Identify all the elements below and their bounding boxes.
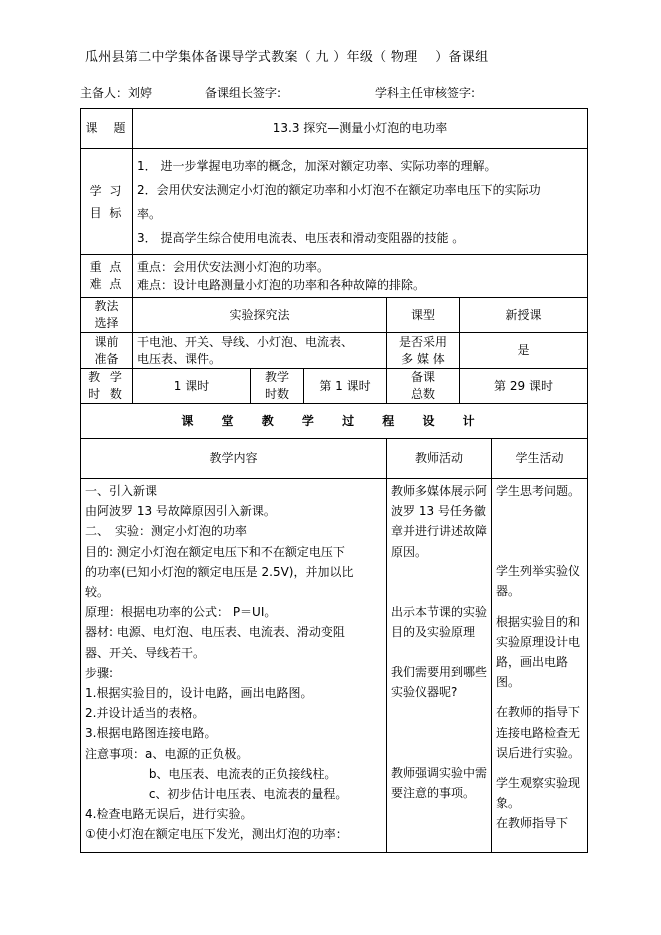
preparer-label: 主备人：刘婷 bbox=[80, 84, 152, 101]
content-line: 较。 bbox=[85, 582, 382, 602]
content-line: b、电压表、电流表的正负接线柱。 bbox=[85, 764, 382, 784]
process-section-title: 课 堂 教 学 过 程 设 计 bbox=[81, 404, 588, 439]
total-label-line-2: 总数 bbox=[391, 386, 455, 403]
student-activity-item: 学生列举实验仪器。 bbox=[496, 561, 583, 601]
content-line: 二、 实验：测定小灯泡的功率 bbox=[85, 521, 382, 541]
topic-label: 课 题 bbox=[81, 109, 133, 149]
prep-label-line-1: 课前 bbox=[85, 334, 128, 351]
document-title: 瓜州县第二中学集体备课导学式教案（ 九 ）年级（ 物理 ）备课组 bbox=[85, 46, 488, 65]
student-activity-item: 在教师的指导下连接电路检查无误后进行实验。 bbox=[496, 702, 583, 763]
content-line: 器材: 电源、电灯泡、电压表、电流表、滑动变阻 bbox=[85, 622, 382, 642]
multimedia-label-line-1: 是否采用 bbox=[391, 334, 455, 351]
total-label: 备课 总数 bbox=[387, 369, 460, 404]
content-line: 2.并设计适当的表格。 bbox=[85, 703, 382, 723]
goals-label-line-1: 学 习 bbox=[85, 180, 128, 202]
method-row: 教法 选择 实验探究法 课型 新授课 bbox=[81, 298, 588, 333]
lesson-plan-table: 课 题 13.3 探究—测量小灯泡的电功率 学 习 目 标 1． 进一步掌握电功… bbox=[80, 108, 588, 853]
content-line: 注意事项：a、电源的正负极。 bbox=[85, 744, 382, 764]
preparation-value: 干电池、开关、导线、小灯泡、电流表、 电压表、课件。 bbox=[133, 333, 387, 369]
method-label-line-1: 教法 bbox=[85, 298, 128, 315]
process-title-row: 课 堂 教 学 过 程 设 计 bbox=[81, 404, 588, 439]
lesson-type-value: 新授课 bbox=[460, 298, 588, 333]
key-point: 重点：会用伏安法测小灯泡的功率。 bbox=[137, 258, 583, 276]
topic-value: 13.3 探究—测量小灯泡的电功率 bbox=[133, 109, 588, 149]
hours-row: 教 学 时 数 1 课时 教学 时数 第 1 课时 备课 总数 第 29 课时 bbox=[81, 369, 588, 404]
content-line: 4.检查电路无误后，进行实验。 bbox=[85, 804, 382, 824]
content-line: 器、开关、导线若干。 bbox=[85, 643, 382, 663]
method-label: 教法 选择 bbox=[81, 298, 133, 333]
header-student-activity: 学生活动 bbox=[492, 439, 588, 479]
teacher-activity-item: 出示本节课的实验目的及实验原理 bbox=[391, 602, 487, 642]
director-signature-label: 学科主任审核签字: bbox=[375, 84, 475, 101]
content-line: c、初步估计电压表、电流表的量程。 bbox=[85, 784, 382, 804]
hours-label-line-2: 时 数 bbox=[85, 386, 128, 403]
hours-label: 教 学 时 数 bbox=[81, 369, 133, 404]
multimedia-value: 是 bbox=[460, 333, 588, 369]
key-label-line-2: 难 点 bbox=[85, 276, 128, 293]
goals-row: 学 习 目 标 1． 进一步掌握电功率的概念，加深对额定功率、实际功率的理解。 … bbox=[81, 149, 588, 255]
student-activity-item: 学生观察实验现象。 bbox=[496, 773, 583, 813]
content-line: 1.根据实验目的，设计电路，画出电路图。 bbox=[85, 683, 382, 703]
student-activity-item: 根据实验目的和实验原理设计电路，画出电路图。 bbox=[496, 612, 583, 693]
total-label-line-1: 备课 bbox=[391, 369, 455, 386]
key-points-row: 重 点 难 点 重点：会用伏安法测小灯泡的功率。 难点：设计电路测量小灯泡的功率… bbox=[81, 255, 588, 298]
content-line: 目的: 测定小灯泡在额定电压下和不在额定电压下 bbox=[85, 542, 382, 562]
period-label-line-2: 时数 bbox=[255, 386, 299, 403]
teacher-activity-item: 教师多媒体展示阿波罗 13 号任务徽章并进行讲述故障原因。 bbox=[391, 481, 487, 562]
key-label-line-1: 重 点 bbox=[85, 259, 128, 276]
period-label: 教学 时数 bbox=[251, 369, 304, 404]
goal-item: 3． 提高学生综合使用电流表、电压表和滑动变阻器的技能 。 bbox=[137, 226, 583, 250]
multimedia-label: 是否采用 多 媒 体 bbox=[387, 333, 460, 369]
period-label-line-1: 教学 bbox=[255, 369, 299, 386]
student-activity-item: 学生思考问题。 bbox=[496, 481, 583, 501]
period-value: 第 1 课时 bbox=[304, 369, 387, 404]
content-line: 原理：根据电功率的公式： P＝UI。 bbox=[85, 602, 382, 622]
multimedia-label-line-2: 多 媒 体 bbox=[391, 351, 455, 368]
header-teacher-activity: 教师活动 bbox=[387, 439, 492, 479]
goals-list: 1． 进一步掌握电功率的概念，加深对额定功率、实际功率的理解。 2．会用伏安法测… bbox=[133, 149, 588, 255]
goals-label-line-2: 目 标 bbox=[85, 202, 128, 224]
teacher-activities: 教师多媒体展示阿波罗 13 号任务徽章并进行讲述故障原因。 出示本节课的实验目的… bbox=[387, 479, 492, 853]
topic-row: 课 题 13.3 探究—测量小灯泡的电功率 bbox=[81, 109, 588, 149]
key-points-value: 重点：会用伏安法测小灯泡的功率。 难点：设计电路测量小灯泡的功率和各种故障的排除… bbox=[133, 255, 588, 298]
content-line: 由阿波罗 13 号故障原因引入新课。 bbox=[85, 501, 382, 521]
method-label-line-2: 选择 bbox=[85, 315, 128, 332]
goals-label: 学 习 目 标 bbox=[81, 149, 133, 255]
teaching-content: 一、引入新课 由阿波罗 13 号故障原因引入新课。 二、 实验：测定小灯泡的功率… bbox=[81, 479, 387, 853]
goal-item: 1． 进一步掌握电功率的概念，加深对额定功率、实际功率的理解。 bbox=[137, 154, 583, 178]
teacher-activity-item: 我们需要用到哪些实验仪器呢? bbox=[391, 662, 487, 702]
teacher-activity-item: 教师强调实验中需要注意的事项。 bbox=[391, 763, 487, 803]
total-value: 第 29 课时 bbox=[460, 369, 588, 404]
lesson-type-label: 课型 bbox=[387, 298, 460, 333]
prep-value-line-2: 电压表、课件。 bbox=[137, 351, 382, 368]
preparation-label: 课前 准备 bbox=[81, 333, 133, 369]
student-activity-item: 在教师指导下 bbox=[496, 813, 583, 833]
student-activities: 学生思考问题。 学生列举实验仪器。 根据实验目的和实验原理设计电路，画出电路图。… bbox=[492, 479, 588, 853]
prep-value-line-1: 干电池、开关、导线、小灯泡、电流表、 bbox=[137, 334, 382, 351]
hours-value: 1 课时 bbox=[133, 369, 251, 404]
key-points-label: 重 点 难 点 bbox=[81, 255, 133, 298]
goal-item: 率。 bbox=[137, 202, 583, 226]
process-header-row: 教学内容 教师活动 学生活动 bbox=[81, 439, 588, 479]
preparation-row: 课前 准备 干电池、开关、导线、小灯泡、电流表、 电压表、课件。 是否采用 多 … bbox=[81, 333, 588, 369]
goal-item: 2．会用伏安法测定小灯泡的额定功率和小灯泡不在额定功率电压下的实际功 bbox=[137, 178, 583, 202]
content-line: 的功率(已知小灯泡的额定电压是 2.5V)，并加以比 bbox=[85, 562, 382, 582]
group-leader-signature-label: 备课组长签字: bbox=[205, 84, 281, 101]
content-line: 步骤: bbox=[85, 663, 382, 683]
content-line: 一、引入新课 bbox=[85, 481, 382, 501]
content-line: 3.根据电路图连接电路。 bbox=[85, 723, 382, 743]
header-teaching-content: 教学内容 bbox=[81, 439, 387, 479]
hours-label-line-1: 教 学 bbox=[85, 369, 128, 386]
content-line: ①使小灯泡在额定电压下发光，测出灯泡的功率： bbox=[85, 824, 382, 844]
prep-label-line-2: 准备 bbox=[85, 351, 128, 368]
method-value: 实验探究法 bbox=[133, 298, 387, 333]
process-content-row: 一、引入新课 由阿波罗 13 号故障原因引入新课。 二、 实验：测定小灯泡的功率… bbox=[81, 479, 588, 853]
difficult-point: 难点：设计电路测量小灯泡的功率和各种故障的排除。 bbox=[137, 276, 583, 294]
